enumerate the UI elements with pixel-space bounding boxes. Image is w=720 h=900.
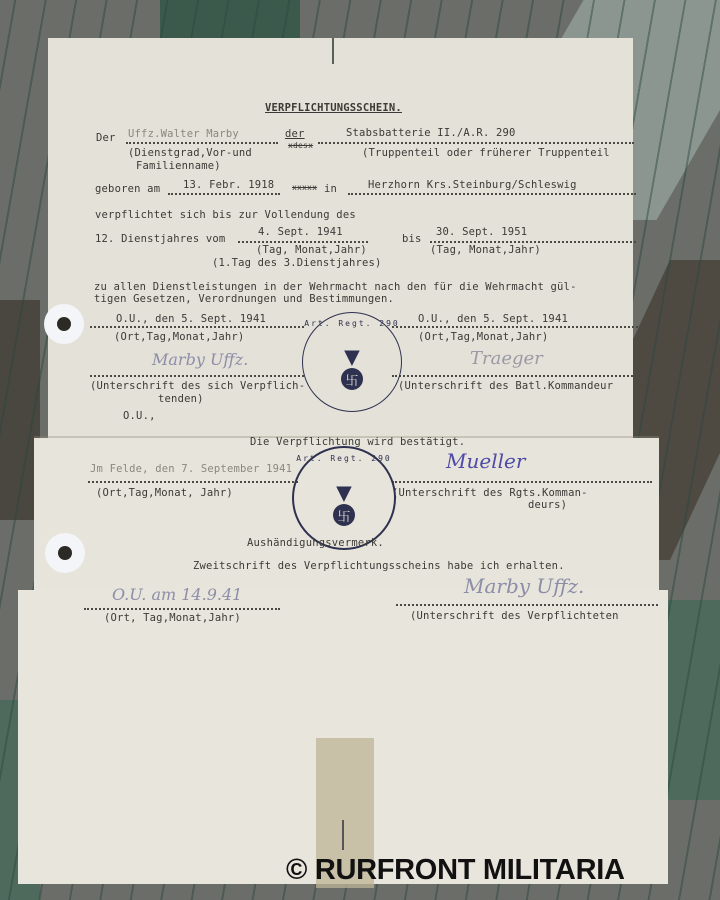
from-date-caption-2: (1.Tag des 3.Dienstjahres) bbox=[212, 257, 382, 269]
dotted-line bbox=[392, 375, 648, 377]
eagle-emblem-icon: ▼ bbox=[336, 480, 352, 506]
receipt-heading: Aushändigungsvermerk. bbox=[247, 537, 384, 549]
dotted-line bbox=[392, 326, 638, 328]
name-caption-2: Familienname) bbox=[136, 160, 221, 172]
receipt-place-date-handwritten: O.U. am 14.9.41 bbox=[112, 585, 242, 604]
birth-place-value: Herzhorn Krs.Steinburg/Schleswig bbox=[368, 179, 577, 191]
in-label: in bbox=[324, 183, 337, 195]
soldier-signature-1: Marby Uffz. bbox=[152, 350, 248, 369]
unit-value: Stabsbatterie II./A.R. 290 bbox=[346, 127, 516, 139]
wreath-emblem-icon: 卐 bbox=[333, 504, 355, 526]
from-date-value: 4. Sept. 1941 bbox=[258, 226, 343, 238]
wreath-emblem-icon: 卐 bbox=[341, 368, 363, 390]
paragraph-line-2: tigen Gesetzen, Verordnungen und Bestimm… bbox=[94, 293, 394, 305]
receipt-caption: (Ort, Tag,Monat,Jahr) bbox=[104, 612, 241, 624]
official-stamp-2: Art. Regt. 290 ▼ 卐 bbox=[292, 446, 396, 550]
ou-label: O.U., bbox=[123, 410, 156, 422]
struck-text: xxxxx bbox=[292, 183, 317, 192]
unit-caption: (Truppenteil oder früherer Truppenteil bbox=[362, 147, 610, 159]
from-date-caption: (Tag, Monat,Jahr) bbox=[256, 244, 367, 256]
punch-hole-eyelet-top bbox=[44, 304, 84, 344]
struck-text: xdesx bbox=[288, 141, 313, 150]
regiment-commander-signature: Mueller bbox=[446, 449, 525, 473]
staple bbox=[342, 820, 344, 850]
receipt-signature-caption: (Unterschrift des Verpflichteten bbox=[410, 610, 619, 622]
obligation-text: verpflichtet sich bis zur Vollendung des bbox=[95, 209, 356, 221]
regiment-commander-caption-1: (Unterschrift des Rgts.Komman- bbox=[392, 487, 588, 499]
dotted-line bbox=[90, 375, 304, 377]
official-stamp-1: Art. Regt. 290 ▼ 卐 bbox=[302, 312, 402, 412]
dotted-line bbox=[88, 481, 298, 483]
dotted-line bbox=[392, 481, 652, 483]
confirmation-place-date: Jm Felde, den 7. September 1941 bbox=[90, 463, 292, 475]
to-date-value: 30. Sept. 1951 bbox=[436, 226, 527, 238]
place-date-left: O.U., den 5. Sept. 1941 bbox=[116, 313, 266, 325]
document-title: VERPFLICHTUNGSSCHEIN. bbox=[265, 102, 402, 114]
article-der: der bbox=[285, 128, 305, 140]
dotted-line bbox=[90, 326, 304, 328]
soldier-signature-caption-1: (Unterschrift des sich Verpflich- bbox=[90, 380, 305, 392]
paragraph-line-1: zu allen Dienstleistungen in der Wehrmac… bbox=[94, 281, 577, 293]
bis-label: bis bbox=[402, 233, 422, 245]
place-date-caption-left: (Ort,Tag,Monat,Jahr) bbox=[114, 331, 244, 343]
service-year-label: 12. Dienstjahres vom bbox=[95, 233, 225, 245]
eagle-emblem-icon: ▼ bbox=[344, 344, 360, 370]
paper-tear bbox=[332, 38, 334, 64]
dotted-line bbox=[318, 142, 634, 144]
battalion-commander-caption: (Unterschrift des Batl.Kommandeur bbox=[398, 380, 613, 392]
dotted-line bbox=[84, 608, 280, 610]
soldier-signature-2: Marby Uffz. bbox=[464, 574, 584, 598]
born-label: geboren am bbox=[95, 183, 160, 195]
dotted-line bbox=[238, 241, 368, 243]
dotted-line bbox=[168, 193, 280, 195]
soldier-signature-caption-2: tenden) bbox=[158, 393, 204, 405]
dotted-line bbox=[126, 142, 278, 144]
battalion-commander-signature: Traeger bbox=[470, 348, 543, 369]
birth-date-value: 13. Febr. 1918 bbox=[183, 179, 274, 191]
punch-hole-eyelet-bottom bbox=[45, 533, 85, 573]
place-date-right: O.U., den 5. Sept. 1941 bbox=[418, 313, 568, 325]
receipt-text: Zweitschrift des Verpflichtungsscheins h… bbox=[193, 560, 565, 572]
dotted-line bbox=[430, 241, 636, 243]
der-label: Der bbox=[96, 132, 116, 144]
dotted-line bbox=[396, 604, 658, 606]
name-caption-1: (Dienstgrad,Vor-und bbox=[128, 147, 252, 159]
dotted-line bbox=[348, 193, 636, 195]
confirmation-heading: Die Verpflichtung wird bestätigt. bbox=[250, 436, 465, 448]
regiment-commander-caption-2: deurs) bbox=[528, 499, 567, 511]
place-date-caption-right: (Ort,Tag,Monat,Jahr) bbox=[418, 331, 548, 343]
rank-name-value: Uffz.Walter Marby bbox=[128, 128, 239, 140]
confirmation-caption: (Ort,Tag,Monat, Jahr) bbox=[96, 487, 233, 499]
to-date-caption: (Tag, Monat,Jahr) bbox=[430, 244, 541, 256]
copyright-watermark: © RURFRONT MILITARIA bbox=[286, 854, 625, 887]
